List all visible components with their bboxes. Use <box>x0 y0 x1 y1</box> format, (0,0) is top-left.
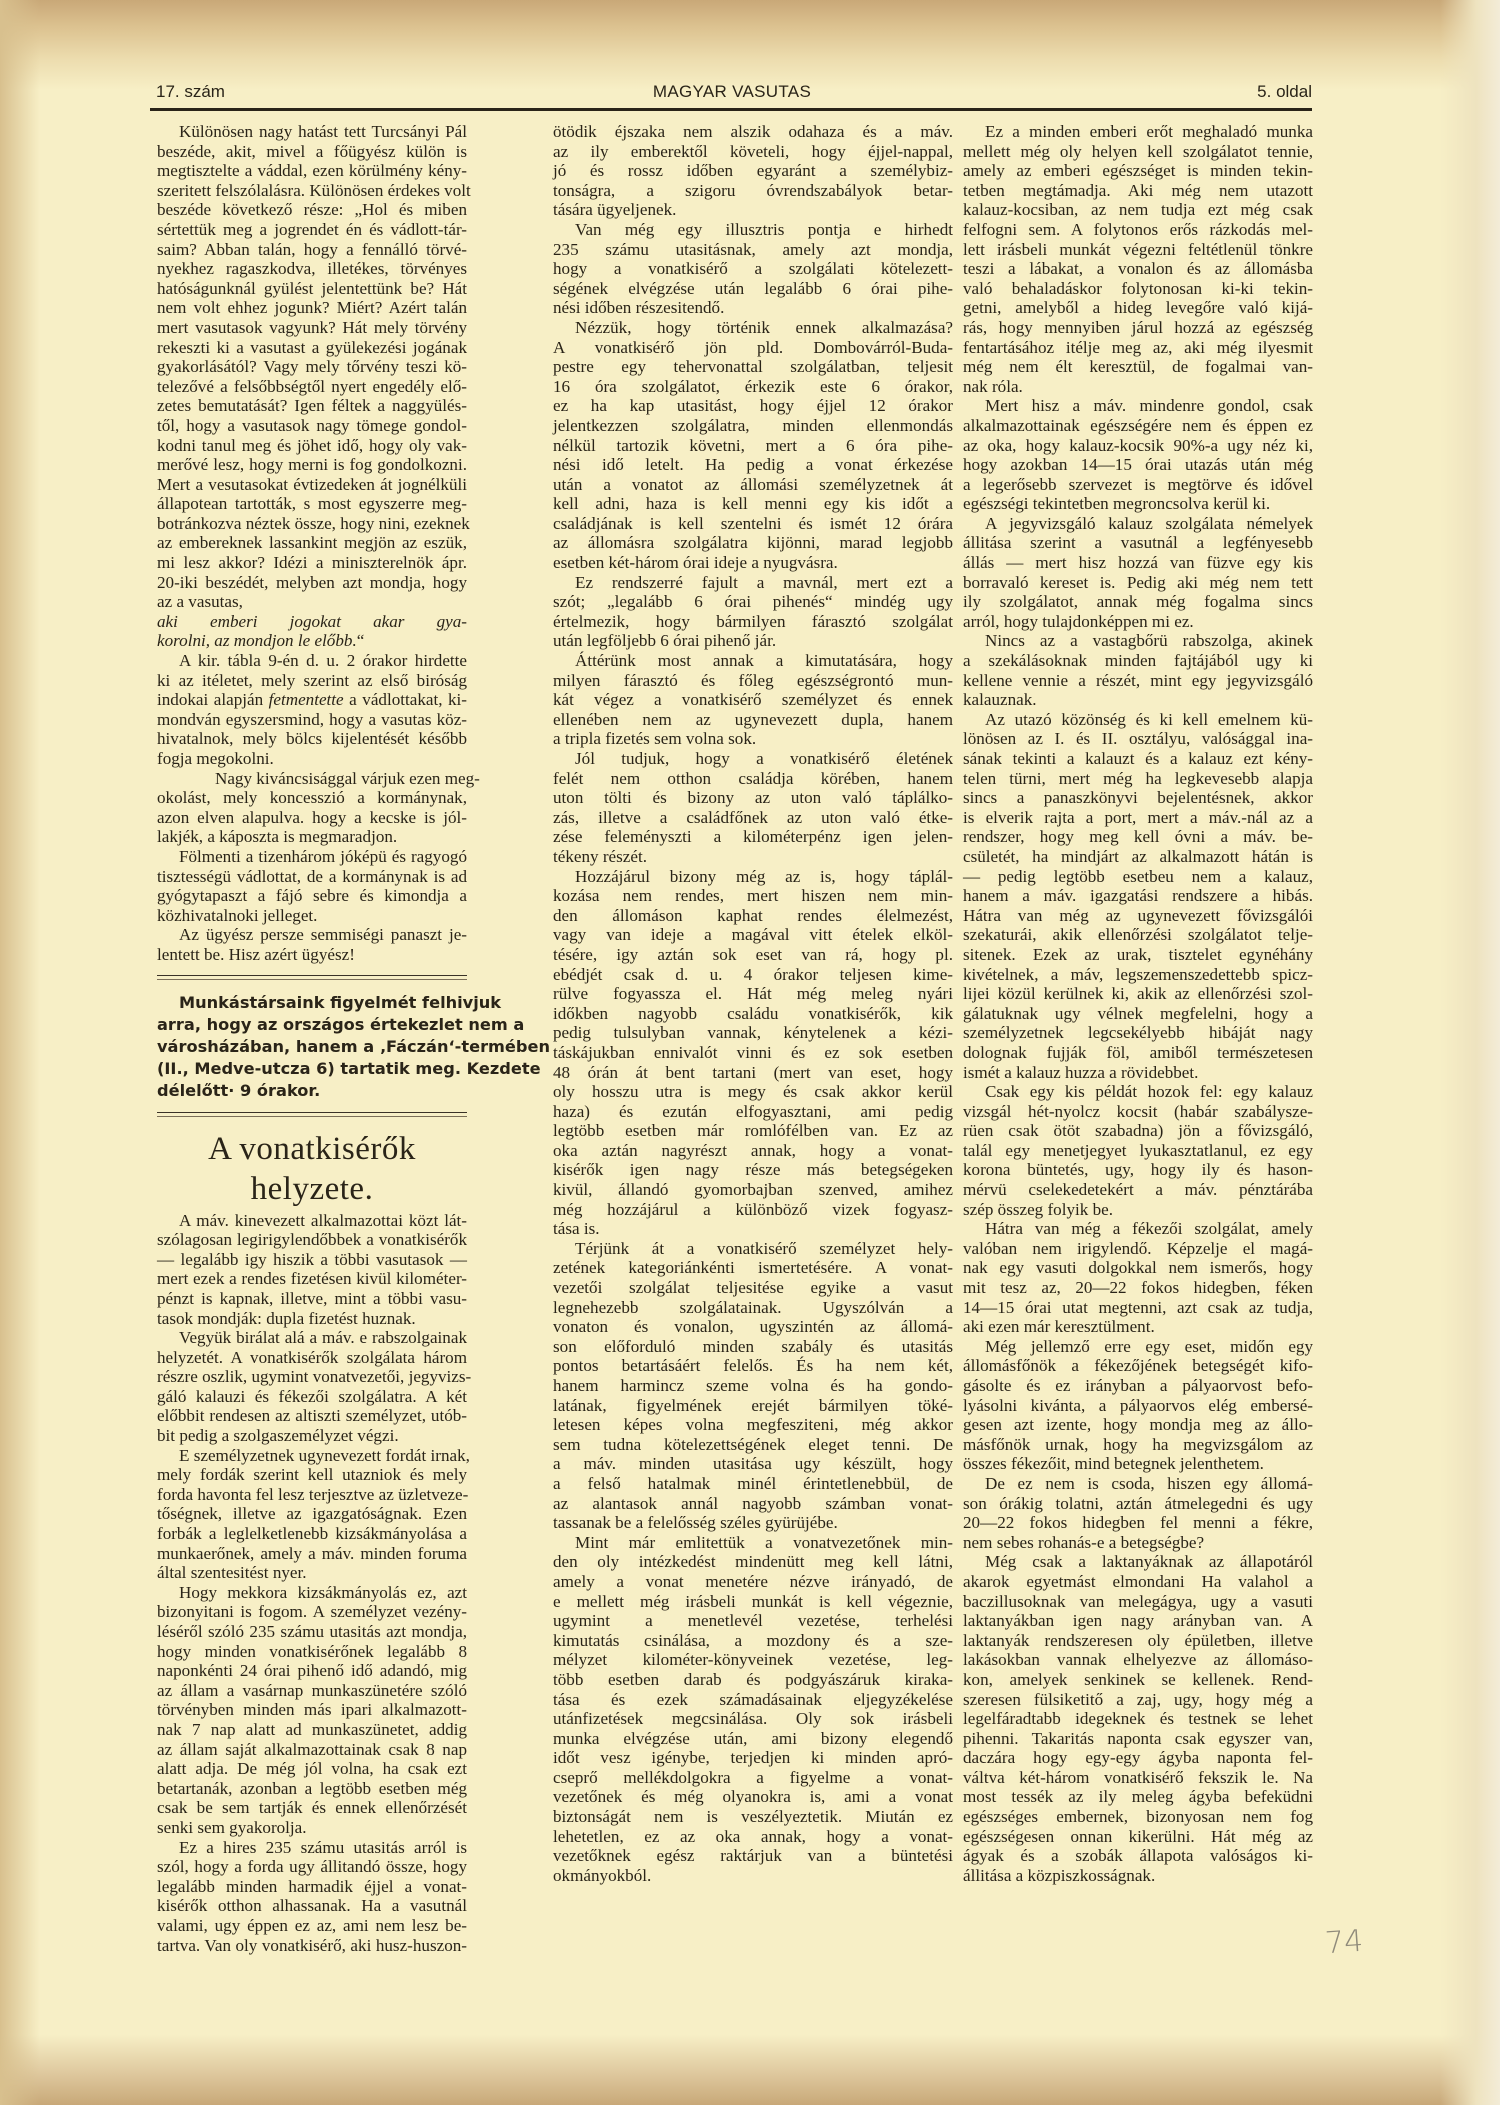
text-line: jó és rossz időben egyaránt a személybiz… <box>553 161 953 181</box>
text-line: Hátra van még az ugynevezett fővizsgálói <box>963 906 1313 926</box>
text-line: oly hosszu utra is megy és csak akkor ke… <box>553 1082 953 1102</box>
text-line: szekaturái, akik ellenőrzési szolgálatot… <box>963 925 1313 945</box>
paragraph-curiosity: Nagy kiváncsisággal várjuk ezen meg-okol… <box>157 769 467 847</box>
text-line: sértettük meg a jogrendet én és vádlott-… <box>157 220 467 240</box>
text-line: mellett még oly helyen kell szolgálatot … <box>963 142 1313 162</box>
text-line: zás, illetve a családfőnek az uton való … <box>553 808 953 828</box>
article-paragraph: Csak egy kis példát hozok fel: egy kalau… <box>963 1082 1313 1219</box>
handwritten-page-mark: 74 <box>1324 1924 1365 1962</box>
text-line: okmányokból. <box>553 1866 953 1886</box>
text-line: utánfizetések megcsinálása. Oly sok irás… <box>553 1709 953 1729</box>
text-line: haza) és ezután elfogyasztani, ami pedig <box>553 1102 953 1122</box>
text-line: tassanak be a felelősség széles gyürüjéb… <box>553 1513 953 1533</box>
paper-edge-right <box>1440 0 1500 2105</box>
text-line: esetben két-három órai ideje a nyugvásra… <box>553 553 953 573</box>
text-line: botránkozva néztek össze, hogy nini, eze… <box>157 514 467 534</box>
text-line: a felső hatalmak minél érintetlenebbül, … <box>553 1474 953 1494</box>
publication-title: MAGYAR VASUTAS <box>152 82 1312 102</box>
text-line: beszéde következő része: „Hol és miben <box>157 200 467 220</box>
text-fragment: a vádlottakat, ki- <box>349 690 467 709</box>
text-line: 16 óra szolgálatot, érkezik este 6 órako… <box>553 377 953 397</box>
paper-edge-bottom <box>0 2035 1500 2105</box>
paragraph-intro: Különösen nagy hatást tett Turcsányi Pál… <box>157 122 467 612</box>
text-line: nak 7 nap alatt ad munkaszünetet, addig <box>157 1720 467 1740</box>
paper-edge-top <box>0 0 1500 90</box>
text-line: forbák a leglelketlenebb kizsákmányolása… <box>157 1524 467 1544</box>
text-line: hanem harmincz szeme volna és ha gondo- <box>553 1376 953 1396</box>
text-line: telen türni, mert még ha legkevesebb ala… <box>963 769 1313 789</box>
text-line: egészséges embernek, bizonyosan nem fog <box>963 1807 1313 1827</box>
text-line: — pedig legtöbb esetbeu nem a kalauz, <box>963 867 1313 887</box>
text-line: munkaerőnek, amely a máv. minden foruma <box>157 1544 467 1564</box>
column-3: Ez a minden emberi erőt meghaladó munkam… <box>963 122 1313 1885</box>
text-line: hogy azokban 14—15 órai utazás után még <box>963 455 1313 475</box>
text-line: Még csak a laktanyáknak az állapotáról <box>963 1552 1313 1572</box>
text-line: ellenében nem az ugynevezett dupla, hane… <box>553 710 953 730</box>
text-line: Ez rendszerré fajult a mavnál, mert ezt … <box>553 573 953 593</box>
text-line: mélyzet kilométer-könyveinek vezetése, l… <box>553 1650 953 1670</box>
text-line: csületét, ha mindjárt az alkalmazott hát… <box>963 847 1313 867</box>
section-divider <box>157 975 467 980</box>
text-line: alkalmazottainak egészségére nem és éppe… <box>963 416 1313 436</box>
text-line: legtöbb esetben már romlófélben van. Ez … <box>553 1121 953 1141</box>
text-line: letesen képes volna megfesziteni, még ak… <box>553 1415 953 1435</box>
text-line: ebédjét csak d. u. 4 órakor teljesen kim… <box>553 965 953 985</box>
text-line: arról, hogy tulajdonképpen mi ez. <box>963 612 1313 632</box>
text-line: uton tölti és bizony az uton való táplál… <box>553 788 953 808</box>
text-line: oka aztán nagyrészt annak, hogy a vonat- <box>553 1141 953 1161</box>
text-line: Nézzük, hogy történik ennek alkalmazása? <box>553 318 953 338</box>
text-line: betartanák, azonban a legtöbb esetben mé… <box>157 1779 467 1799</box>
text-line: 14—15 órai utat megtenni, azt csak az tu… <box>963 1298 1313 1318</box>
text-line: 235 számu utasitásnak, amely azt mondja, <box>553 240 953 260</box>
text-line: den oly intézkedést mindenütt meg kell l… <box>553 1552 953 1572</box>
text-line: aki ezen már keresztülment. <box>963 1317 1313 1337</box>
text-line: kalauznak. <box>963 690 1313 710</box>
text-line: felfogni sem. A folytonos erős rázkodás … <box>963 220 1313 240</box>
text-line: szót; „legalább 6 órai pihenés“ mindég u… <box>553 592 953 612</box>
text-line: ugymint a menetlevél vezetése, terhelési <box>553 1611 953 1631</box>
text-line: tőségnek, illetve az igazgatóságnak. Eze… <box>157 1504 467 1524</box>
text-line: Hátra van még a fékezői szolgálat, amely <box>963 1219 1313 1239</box>
verdict-italic: fetmentette <box>269 690 344 709</box>
text-line: egészségi tekintetben megroncsolva kerül… <box>963 494 1313 514</box>
text-line: tására ügyeljenek. <box>553 200 953 220</box>
text-line: sának tekinti a kalauzt és a kalauz ezt … <box>963 749 1313 769</box>
text-line: Jól tudjuk, hogy a vonatkisérő életének <box>553 749 953 769</box>
text-line: lijei közül kerülnek ki, akik az ellenőr… <box>963 984 1313 1004</box>
text-line: teszi a lábakat, a vonalon és az állomás… <box>963 259 1313 279</box>
text-line: baczillusoknak van melegágya, ugy a vasu… <box>963 1592 1313 1612</box>
text-line: megtisztelte a váddal, ezen körülmény ké… <box>157 161 467 181</box>
text-line: való behaladáskor folytonosan ki-ki teki… <box>963 279 1313 299</box>
text-line: nélkül tartozik követni, mert a 6 óra pi… <box>553 436 953 456</box>
text-line: mi lesz akkor? Idézi a miniszterelnök áp… <box>157 553 467 573</box>
text-line: pihenni. Takaritás naponta csak egyszer … <box>963 1729 1313 1749</box>
text-line: sitenek. Ezek az urak, tisztelet egynéhá… <box>963 945 1313 965</box>
text-line: szeresen fülsiketitő a zaj, ugy, hogy mé… <box>963 1690 1313 1710</box>
text-line: daczára hogy egy-egy ágyba naponta fel- <box>963 1748 1313 1768</box>
article-paragraph: Van még egy illusztris pontja e hirhedt2… <box>553 220 953 318</box>
text-line: nem sebes rohanás-e a betegségbe? <box>963 1533 1313 1553</box>
text-line: Fölmenti a tizenhárom jóképü és ragyogó <box>157 847 467 867</box>
text-line: helyzetét. A vonatkisérők szolgálata hár… <box>157 1348 467 1368</box>
text-line: ily szolgálatot, annak még fogalma sincs <box>963 592 1313 612</box>
text-line: szól, hogy a forda ugy állitandó össze, … <box>157 1857 467 1877</box>
text-line: fentartásához itélje meg az, aki még ily… <box>963 338 1313 358</box>
text-line: latának, figyelmének erejét bármilyen tö… <box>553 1396 953 1416</box>
text-line: az állomásra szolgálatra kijönni, marad … <box>553 533 953 553</box>
column-2: ötödik éjszaka nem alszik odahaza és a m… <box>553 122 953 1885</box>
text-line: nési időben részesitendő. <box>553 298 953 318</box>
text-line: munka elvégzése után, ami bizony elegend… <box>553 1729 953 1749</box>
text-line: jelentkezzen szolgálatra, minden ellenmo… <box>553 416 953 436</box>
text-line: től, hogy a vasutasok nagy tömege gondol… <box>157 416 467 436</box>
text-line: Különösen nagy hatást tett Turcsányi Pál <box>157 122 467 142</box>
text-line: kozása nem rendes, mert hiszen nem min- <box>553 886 953 906</box>
text-line: gyakorlásától? Vagy mely tőrvény teszi k… <box>157 357 467 377</box>
text-line: amely a vonat menetére nézve irányadó, d… <box>553 1572 953 1592</box>
meeting-notice: Munkástársaink figyelmét felhivjukarra, … <box>157 992 467 1102</box>
paragraph-acquit: Fölmenti a tizenhárom jóképü és ragyogót… <box>157 847 467 925</box>
text-line: pénzt is kapnak, illetve, mint a többi v… <box>157 1289 467 1309</box>
text-line: bit pedig a szolgaszemélyzet végzi. <box>157 1426 467 1446</box>
article-paragraph: Hogy mekkora kizsákmányolás ez, aztbizon… <box>157 1583 467 1838</box>
text-line: a tripla fizetés sem volna sok. <box>553 729 953 749</box>
text-line: kivételnek, a máv, legszemenszedettebb s… <box>963 965 1313 985</box>
text-line: akarok egyetmást elmondani Ha valahol a <box>963 1572 1313 1592</box>
text-line: ki az itéletet, mely szerint az első bir… <box>157 671 467 691</box>
text-line: legalább minden harmadik éjjel a vonat- <box>157 1877 467 1897</box>
text-line: állás — mert hisz hozzá van füzve egy ki… <box>963 553 1313 573</box>
text-line: lett irásbeli munkát végezni feltétlenül… <box>963 240 1313 260</box>
text-line: amely az emberi egészséget is minden tek… <box>963 161 1313 181</box>
text-line: állitása a közpiszkosságnak. <box>963 1866 1313 1886</box>
text-line: ötödik éjszaka nem alszik odahaza és a m… <box>553 122 953 142</box>
text-line: okolást, mely koncesszió a kormánynak, <box>157 788 467 808</box>
text-line: Van még egy illusztris pontja e hirhedt <box>553 220 953 240</box>
text-line: milyen fárasztó és főleg egészségrontó m… <box>553 671 953 691</box>
paper-edge-left <box>0 0 40 2105</box>
text-line: mérvü cselekedetekért a máv. pénztárába <box>963 1180 1313 1200</box>
text-line: pontos betartásáért felelős. És ha nem k… <box>553 1356 953 1376</box>
text-line: előbbit rendesen az altiszti személyzet,… <box>157 1406 467 1426</box>
text-line: nem volt ehhez jogunk? Miért? Azért talá… <box>157 298 467 318</box>
text-line: vezetői szolgálat teljesitése egyike a v… <box>553 1278 953 1298</box>
article-paragraph: Hátra van még a fékezői szolgálat, amely… <box>963 1219 1313 1337</box>
article-paragraph: Mert hisz a máv. mindenre gondol, csakal… <box>963 396 1313 514</box>
text-line: a máv. minden utasitása ugy készült, hog… <box>553 1454 953 1474</box>
text-line: hogy minden vonatkisérőnek legalább 8 <box>157 1642 467 1662</box>
text-line: a legerősebb szervezet is megtörve és id… <box>963 475 1313 495</box>
text-line: e mellett még irásbeli munkát is kell vé… <box>553 1592 953 1612</box>
text-line: az embereknek lassankint megjön az eszük… <box>157 533 467 553</box>
text-line: tása is. <box>553 1219 953 1239</box>
text-line: egészségesen onnan kikerülni. Hát még az <box>963 1827 1313 1847</box>
text-line: rás, hogy mennyiben járul hozzá az egész… <box>963 318 1313 338</box>
text-line: rekeszti ki a vasutast a gyülekezési jog… <box>157 338 467 358</box>
text-line: Nagy kiváncsisággal várjuk ezen meg- <box>157 769 467 789</box>
text-line: vezetőknek egész raktárjuk van a bünteté… <box>553 1846 953 1866</box>
text-line: korona büntetés, ugy, hogy ily és hason- <box>963 1160 1313 1180</box>
text-line: több esetben darab és podgyászáruk kirak… <box>553 1670 953 1690</box>
article-paragraph: Ez rendszerré fajult a mavnál, mert ezt … <box>553 573 953 651</box>
header-rule <box>150 108 1312 111</box>
text-line: tartva. Van oly vonatkisérő, aki husz-hu… <box>157 1936 467 1956</box>
text-line: Hogy mekkora kizsákmányolás ez, azt <box>157 1583 467 1603</box>
text-line: vizsgál hét-nyolcz kocsit (habár szabály… <box>963 1102 1313 1122</box>
text-line: ismét a kalauz huzza a rövidebbet. <box>963 1063 1313 1083</box>
text-line: állomásfőnök a fékezőjének betegségét ki… <box>963 1356 1313 1376</box>
text-line: Hozzájárul bizony még az is, hogy táplál… <box>553 867 953 887</box>
text-line: telezővé a felsőbbségtől nyert engedély … <box>157 377 467 397</box>
text-line: fogja megokolni. <box>157 749 467 769</box>
text-line: szólagosan legirigylendőbbek a vonatkisé… <box>157 1230 467 1250</box>
text-line: rendszer, hogy meg kell óvni a máv. be- <box>963 827 1313 847</box>
text-line: a szekálásoknak minden fajtájából ugy ki <box>963 651 1313 671</box>
text-line: De ez nem is csoda, hiszen egy állomá- <box>963 1474 1313 1494</box>
text-line: mert ezek a rendes fizetésen kivül kilom… <box>157 1269 467 1289</box>
text-line: A jegyvizsgáló kalauz szolgálata némelye… <box>963 514 1313 534</box>
text-line: 48 órán át bent tartani (mert van eset, … <box>553 1063 953 1083</box>
article-paragraph: ötödik éjszaka nem alszik odahaza és a m… <box>553 122 953 220</box>
text-line: az állam a vasárnap munkaszünetére szóló <box>157 1681 467 1701</box>
text-line: az alantasok annál nagyobb számban vonat… <box>553 1494 953 1514</box>
text-line: vezetőnek és még olyanokra is, ami a von… <box>553 1787 953 1807</box>
text-line: indokai alapján fetmentette a vádlottaka… <box>157 690 467 710</box>
text-line: korolni, az mondjon le előbb.“ <box>157 631 467 651</box>
text-line: által szentesitést nyer. <box>157 1563 467 1583</box>
text-line: lyásolni kivánta, a pályaorvos elég embe… <box>963 1396 1313 1416</box>
article-paragraph: Mint már emlitettük a vonatvezetőnek min… <box>553 1533 953 1886</box>
article-paragraph: Áttérünk most annak a kimutatására, hogy… <box>553 651 953 749</box>
text-line: talál egy menetjegyet lyukasztatlanul, e… <box>963 1141 1313 1161</box>
text-line: Mint már emlitettük a vonatvezetőnek min… <box>553 1533 953 1553</box>
text-line: tasok mondják: dupla fizetést huznak. <box>157 1309 467 1329</box>
text-line: kell adni, haza is kell menni egy kis id… <box>553 494 953 514</box>
text-line: mondván egyszersmind, hogy a vasutas köz… <box>157 710 467 730</box>
text-line: getni, amelyből a hideg levegőre való ki… <box>963 298 1313 318</box>
text-line: rüen csak ötöt szabadna) jön a fővizsgál… <box>963 1121 1313 1141</box>
text-line: másfőnök urnak, hogy ha megvizsgálom az <box>963 1435 1313 1455</box>
text-line: kon, amelyek senkinek se kellenek. Rend- <box>963 1670 1313 1690</box>
text-line: Térjünk át a vonatkisérő személyzet hely… <box>553 1239 953 1259</box>
text-line: (II., Medve-utcza 6) tartatik meg. Kezde… <box>157 1058 467 1080</box>
text-line: az oka, hogy kalauz-kocsik 90%-a ugy néz… <box>963 436 1313 456</box>
text-line: hivatalnok, mely bölcs kijelentését késő… <box>157 729 467 749</box>
text-line: állitása szerint a vasutnál a legfényese… <box>963 533 1313 553</box>
text-line: tisztességü vádlottat, de a kormánynak i… <box>157 867 467 887</box>
quote-italic: korolni, az mondjon le előbb. <box>157 631 357 650</box>
text-line: nyekhez ragaszkodva, illetékes, törvénye… <box>157 259 467 279</box>
text-line: — legalább igy hiszik a többi vasutasok … <box>157 1250 467 1270</box>
text-line: most tessék az ily meleg ágyba befeküdni <box>963 1787 1313 1807</box>
text-line: Ez a hires 235 számu utasitás arról is <box>157 1838 467 1858</box>
text-line: családjának is kell szentelni és ismét 1… <box>553 514 953 534</box>
text-line: zetes bemutatását? Igen féltek a naggyül… <box>157 396 467 416</box>
text-line: arra, hogy az országos értekezlet nem a <box>157 1014 467 1036</box>
text-line: kisérők otthon alhassanak. Ha a vasutnál <box>157 1896 467 1916</box>
text-line: kodni tanul meg és jöhet idő, hogy oly v… <box>157 436 467 456</box>
text-line: szép összeg folyik be. <box>963 1200 1313 1220</box>
text-line: son órákig tolatni, aztán átmelegedni és… <box>963 1494 1313 1514</box>
text-line: városházában, hanem a ‚Fáczán‘-termében <box>157 1036 467 1058</box>
article-paragraph: Ez a hires 235 számu utasitás arról issz… <box>157 1838 467 1956</box>
article-paragraph: Vegyük birálat alá a máv. e rabszolgaina… <box>157 1328 467 1446</box>
text-line: hanem a máv. igazgatási rendszere a hibá… <box>963 886 1313 906</box>
text-line: 20-iki beszédét, melyben azt mondja, hog… <box>157 573 467 593</box>
text-line: tékeny részét. <box>553 847 953 867</box>
text-line: naponkénti 24 órai pihenő idő adandó, mi… <box>157 1661 467 1681</box>
text-line: merővé lesz, hogy merni is fog gondolkoz… <box>157 455 467 475</box>
text-line: tása és ezek számadásainak eljegyzékelés… <box>553 1690 953 1710</box>
text-line: azon elven alapulva. hogy a kecske is jó… <box>157 808 467 828</box>
text-line: biztonságát nem is veszélyeztetik. Miutá… <box>553 1807 953 1827</box>
text-line: aki emberi jogokat akar gya- <box>157 612 467 632</box>
text-line: zetének kategoriánkénti ismertetésére. A… <box>553 1258 953 1278</box>
text-line: az ily emberektől követeli, hogy éjjel-n… <box>553 142 953 162</box>
text-line: időkben nagyobb családu vonatkisérők, ki… <box>553 1004 953 1024</box>
article-paragraph: Térjünk át a vonatkisérő személyzet hely… <box>553 1239 953 1533</box>
article-paragraph: Hozzájárul bizony még az is, hogy táplál… <box>553 867 953 1239</box>
text-line: Áttérünk most annak a kimutatására, hogy <box>553 651 953 671</box>
section-divider <box>157 1112 467 1117</box>
text-line: ágyak és a szobák állapota valóságos ki- <box>963 1846 1313 1866</box>
text-line: cseprő mellékdolgokra a figyelme a vonat… <box>553 1768 953 1788</box>
text-line: felét nem otthon családja körében, hanem <box>553 769 953 789</box>
text-line: 20—22 fokos hidegben fel menni a fékre, <box>963 1513 1313 1533</box>
text-line: mit tesz az, 20—22 fokos hidegben, féken <box>963 1278 1313 1298</box>
text-line: lakásokban vannak elhelyezve az állomáso… <box>963 1650 1313 1670</box>
text-line: hatóságunknál gyülést jelentettünk be? H… <box>157 279 467 299</box>
text-line: törvényben minden más ipari alkalmazott- <box>157 1700 467 1720</box>
text-line: valóban nem irigylendő. Képzelje el magá… <box>963 1239 1313 1259</box>
quote-italic: aki emberi jogokat akar gya- <box>157 612 467 631</box>
text-line: mert vasutasok vagyunk? Hát mely törvény <box>157 318 467 338</box>
text-line: gásolte és ez irányban a pályaorvost bef… <box>963 1376 1313 1396</box>
text-line: nési idő letelt. Ha pedig a vonat érkezé… <box>553 455 953 475</box>
text-fragment: indokai alapján <box>157 690 263 709</box>
page-number: 5. oldal <box>1257 82 1312 102</box>
text-line: Ez a minden emberi erőt meghaladó munka <box>963 122 1313 142</box>
text-line: kimutatás csinálása, a mozdony és a sze- <box>553 1631 953 1651</box>
text-line: tésére, igy aztán sok eset van rá, hogy … <box>553 945 953 965</box>
text-line: nak egy vasuti dolgokkal nem ismerős, ho… <box>963 1258 1313 1278</box>
text-line: mely fordák szerint kell utazniok és mel… <box>157 1465 467 1485</box>
text-line: állapotean tartották, s most egyszerre m… <box>157 494 467 514</box>
text-line: Nincs az a vastagbőrü rabszolga, akinek <box>963 631 1313 651</box>
quote-close: “ <box>357 631 365 650</box>
text-line: rülve fogyassza el. Hát még meleg nyári <box>553 984 953 1004</box>
text-line: son előforduló minden szabály és utasitá… <box>553 1337 953 1357</box>
text-line: kellene vennie a részét, mint egy jegyvi… <box>963 671 1313 691</box>
page-header: 17. szám MAGYAR VASUTAS 5. oldal <box>152 82 1312 106</box>
text-line: Csak egy kis példát hozok fel: egy kalau… <box>963 1082 1313 1102</box>
column-1: Különösen nagy hatást tett Turcsányi Pál… <box>157 122 467 1955</box>
text-line: szeritett felszólalásra. Különösen érdek… <box>157 181 467 201</box>
article-paragraph: Az utazó közönség és ki kell emelnem kü-… <box>963 710 1313 1082</box>
article-paragraph: Még csak a laktanyáknak az állapotárólak… <box>963 1552 1313 1885</box>
text-line: saim? Abban talán, hogy a fennálló törvé… <box>157 240 467 260</box>
text-line: Mert a vesutasokat évtizedeken át jognél… <box>157 475 467 495</box>
text-line: is elverik rajta a port, mert a máv.-nál… <box>963 808 1313 828</box>
text-line: váltva két-három vonatkisérő fekszik le.… <box>963 1768 1313 1788</box>
text-line: Vegyük birálat alá a máv. e rabszolgaina… <box>157 1328 467 1348</box>
article-paragraph: E személyzetnek ugynevezett fordát irnak… <box>157 1446 467 1583</box>
text-line: pedig tulsulyban vannak, kénytelenek a k… <box>553 1023 953 1043</box>
text-line: A vonatkisérő jön pld. Dombovárról-Buda- <box>553 338 953 358</box>
article-paragraph: A máv. kinevezett alkalmazottai közt lát… <box>157 1211 467 1329</box>
text-line: forda havonta fel lesz terjesztve az üzl… <box>157 1485 467 1505</box>
text-line: személyzetnek legcsekélyebb hibáját nagy <box>963 1023 1313 1043</box>
text-line: gáló kalauzi és fékezői szolgálatra. A k… <box>157 1387 467 1407</box>
text-line: az állam saját alkalmazottainak csak 8 n… <box>157 1740 467 1760</box>
text-line: bizonyitani is fogom. A személyzet vezén… <box>157 1602 467 1622</box>
article-paragraph: Ez a minden emberi erőt meghaladó munkam… <box>963 122 1313 396</box>
text-line: lakjék, a káposzta is megmaradjon. <box>157 827 467 847</box>
text-line: valami, ugy éppen ez az, ami nem lesz be… <box>157 1916 467 1936</box>
text-line: még nem élt keresztül, de fogalmai van- <box>963 357 1313 377</box>
text-line: legelfáradtabb idegeknek és testnek se l… <box>963 1709 1313 1729</box>
text-line: Még jellemző erre egy eset, midőn egy <box>963 1337 1313 1357</box>
text-line: lentett be. Hisz azért ügyész! <box>157 945 467 965</box>
text-line: időt vesz igénybe, terjedjen ki minden a… <box>553 1748 953 1768</box>
article-paragraph: Nincs az a vastagbőrü rabszolga, akineka… <box>963 631 1313 709</box>
text-line: A máv. kinevezett alkalmazottai közt lát… <box>157 1211 467 1231</box>
text-line: kalauz-kocsiban, az nem tudja ezt még cs… <box>963 200 1313 220</box>
article-paragraph: Jól tudjuk, hogy a vonatkisérő életénekf… <box>553 749 953 867</box>
text-line: kivül, állandó gyomorbajban szenved, ami… <box>553 1180 953 1200</box>
text-line: részre oszlik, ugymint vonatvezetői, jeg… <box>157 1367 467 1387</box>
text-line: sem tudna kötelezettségének eleget tenni… <box>553 1435 953 1455</box>
text-line: kát végez a vonatkisérő személyzet és en… <box>553 690 953 710</box>
article-paragraph: Még jellemző erre egy eset, midőn egyáll… <box>963 1337 1313 1474</box>
article-paragraph: De ez nem is csoda, hiszen egy állomá-so… <box>963 1474 1313 1552</box>
text-line: gyógytapaszt a fájó sebre és kimondja a <box>157 886 467 906</box>
article-paragraph: Nézzük, hogy történik ennek alkalmazása?… <box>553 318 953 573</box>
text-line: Mert hisz a máv. mindenre gondol, csak <box>963 396 1313 416</box>
text-line: ségének elvégzése után legalább 6 órai p… <box>553 279 953 299</box>
text-line: nak róla. <box>963 377 1313 397</box>
text-line: után a vonatot az állomási személyzetnek… <box>553 475 953 495</box>
text-line: kisérők igen nagy része más betegségeken <box>553 1160 953 1180</box>
text-line: legnehezebb szolgálatainak. Ugyszólván a <box>553 1298 953 1318</box>
text-line: hogy a vonatkisérő a szolgálati köteleze… <box>553 259 953 279</box>
text-line: csak be sem tartják és ennek ellenőrzésé… <box>157 1798 467 1818</box>
text-line: E személyzetnek ugynevezett fordát irnak… <box>157 1446 467 1466</box>
text-line: Az utazó közönség és ki kell emelnem kü- <box>963 710 1313 730</box>
text-line: délelőtt· 9 órakor. <box>157 1080 467 1102</box>
text-line: zése feleményszti a kilométerpénz igen j… <box>553 827 953 847</box>
text-line: laktanyák rendszeresen oly épületben, il… <box>963 1631 1313 1651</box>
text-line: laktanyákban igen nagy arányban van. A <box>963 1611 1313 1631</box>
text-line: vagy van ideje a magával vitt ételek elk… <box>553 925 953 945</box>
text-line: gálatuknak ugy vélnek megfelelni, hogy a <box>963 1004 1313 1024</box>
text-line: léséről szóló 235 számu utasitás azt mon… <box>157 1622 467 1642</box>
text-line: vonaton és vonalon, ugyszintén az állomá… <box>553 1317 953 1337</box>
text-line: pestre egy tehervonattal szolgálatban, t… <box>553 357 953 377</box>
text-line: értelmezik, hogy bármilyen fárasztó szol… <box>553 612 953 632</box>
text-line: sincs a panaszkönyvi bejelentésnek, akko… <box>963 788 1313 808</box>
text-line: alatt adja. De még jól volna, ha csak ez… <box>157 1759 467 1779</box>
text-line: dolognak fujják föl, amiből természetese… <box>963 1043 1313 1063</box>
article-paragraph: A jegyvizsgáló kalauz szolgálata némelye… <box>963 514 1313 632</box>
text-line: Munkástársaink figyelmét felhivjuk <box>157 992 467 1014</box>
article-title: A vonatkisérők helyzete. <box>157 1129 467 1209</box>
text-line: lönösen az I. és II. osztályu, valóságga… <box>963 729 1313 749</box>
text-line: még hozzájárul a különböző vizek fogyasz… <box>553 1200 953 1220</box>
text-line: után legföljebb 6 órai pihenő jár. <box>553 631 953 651</box>
